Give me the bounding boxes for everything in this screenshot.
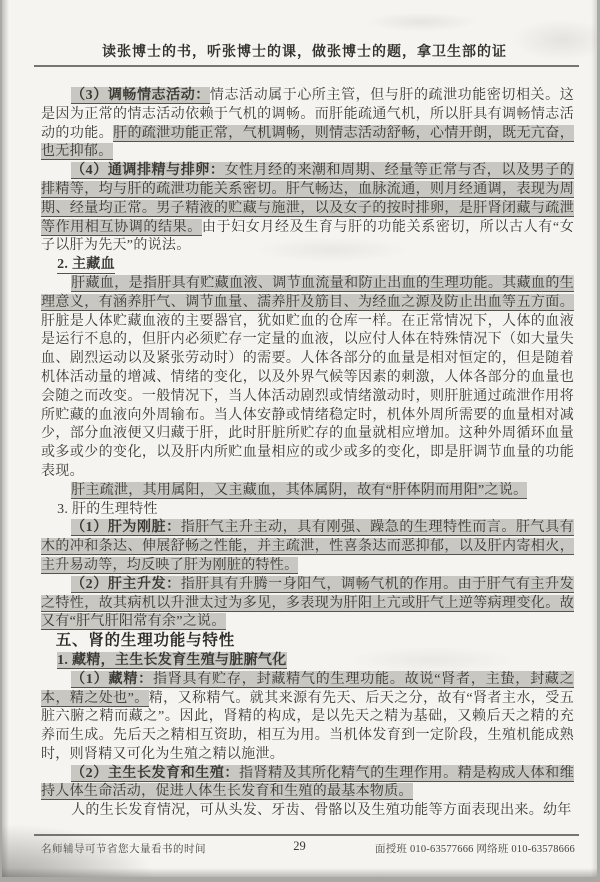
highlighted-text: （3）调畅情志活动：: [71, 87, 210, 104]
highlighted-text: （2）肝主升发：: [71, 576, 181, 593]
scan-edge-left: [2, 0, 9, 877]
highlighted-text: 肝藏血，是指肝具有贮藏血液、调节血流量和防止出血的生理功能。其藏血的生理意义，有…: [41, 275, 574, 311]
scan-edge-right: [591, 0, 597, 877]
highlighted-text: （1）肝为刚脏：: [71, 519, 181, 536]
paragraph: （1）藏精：指肾具有贮存，封藏精气的生理功能。故说“肾者，主蛰，封藏之本，精之处…: [41, 671, 574, 765]
text-run: 3. 肝的生理特性: [57, 502, 158, 517]
highlighted-text: 肝的疏泄功能正常，气机调畅，则情志活动舒畅，心情开朗，既无亢奋，也无抑郁。: [41, 125, 574, 161]
text-run: 人的生长发育情况，可从头发、牙齿、骨骼以及生殖功能等方面表现出来。幼年: [71, 803, 572, 818]
heading: 2. 主藏血: [41, 256, 574, 275]
text-run: 2. 主藏血: [57, 257, 115, 274]
header-slogan: 读张博士的书，听张博士的课，做张博士的题，拿卫生部的证: [37, 41, 572, 61]
scan-corner-shadow: [2, 825, 152, 877]
text-run: 五、肾的生理功能与特性: [56, 632, 235, 649]
heading: 1. 藏精，主生长发育生殖与脏腑气化: [41, 652, 574, 671]
heading: 五、肾的生理功能与特性: [41, 632, 574, 652]
highlighted-text: 肝主疏泄，其用属阳，又主藏血，其体属阴，故有“肝体阴而用阳”之说。: [71, 482, 527, 499]
paragraph: （1）肝为刚脏：指肝气主升主动，具有刚强、躁急的生理特性而言。肝气具有木的冲和条…: [41, 519, 574, 575]
paragraph: 肝主疏泄，其用属阳，又主藏血，其体属阴，故有“肝体阴而用阳”之说。: [41, 482, 574, 501]
footer-contact: 面授班 010-63577666 网络班 010-63578666: [375, 841, 575, 856]
highlighted-text: （1）藏精：: [71, 671, 153, 688]
header-rule: [34, 65, 579, 67]
paragraph: 人的生长发育情况，可从头发、牙齿、骨骼以及生殖功能等方面表现出来。幼年: [41, 802, 574, 821]
paragraph: （2）主生长发育和生殖：指肾精及其所化精气的生理作用。精是构成人体和维持人体生命…: [41, 765, 574, 803]
paragraph: （3）调畅情志活动：情志活动属于心所主管，但与肝的疏泄功能密切相关。这是因为正常…: [41, 87, 574, 162]
paragraph: （4）通调排精与排卵：女性月经的来潮和周期、经量等正常与否，以及男子的排精等，均…: [41, 162, 574, 256]
text-run: 肝脏是人体贮藏血液的主要器官，犹如贮血的仓库一样。在正常情况下，人体的血液是运行…: [41, 314, 574, 479]
paragraph: （2）肝主升发：指肝具有升腾一身阳气，调畅气机的作用。由于肝气有主升发之特性，故…: [41, 576, 574, 632]
highlighted-text: 1. 藏精，主生长发育生殖与脏腑气化: [57, 652, 286, 669]
paragraph: 肝藏血，是指肝具有贮藏血液、调节血流量和防止出血的生理功能。其藏血的生理意义，有…: [41, 275, 574, 482]
document-body: （3）调畅情志活动：情志活动属于心所主管，但与肝的疏泄功能密切相关。这是因为正常…: [41, 87, 574, 821]
heading: 3. 肝的生理特性: [41, 501, 574, 520]
highlighted-text: （4）通调排精与排卵：: [71, 162, 224, 179]
scanned-page: 读张博士的书，听张博士的课，做张博士的题，拿卫生部的证 （3）调畅情志活动：情志…: [2, 0, 597, 877]
highlighted-text: （2）主生长发育和生殖：: [71, 765, 239, 782]
